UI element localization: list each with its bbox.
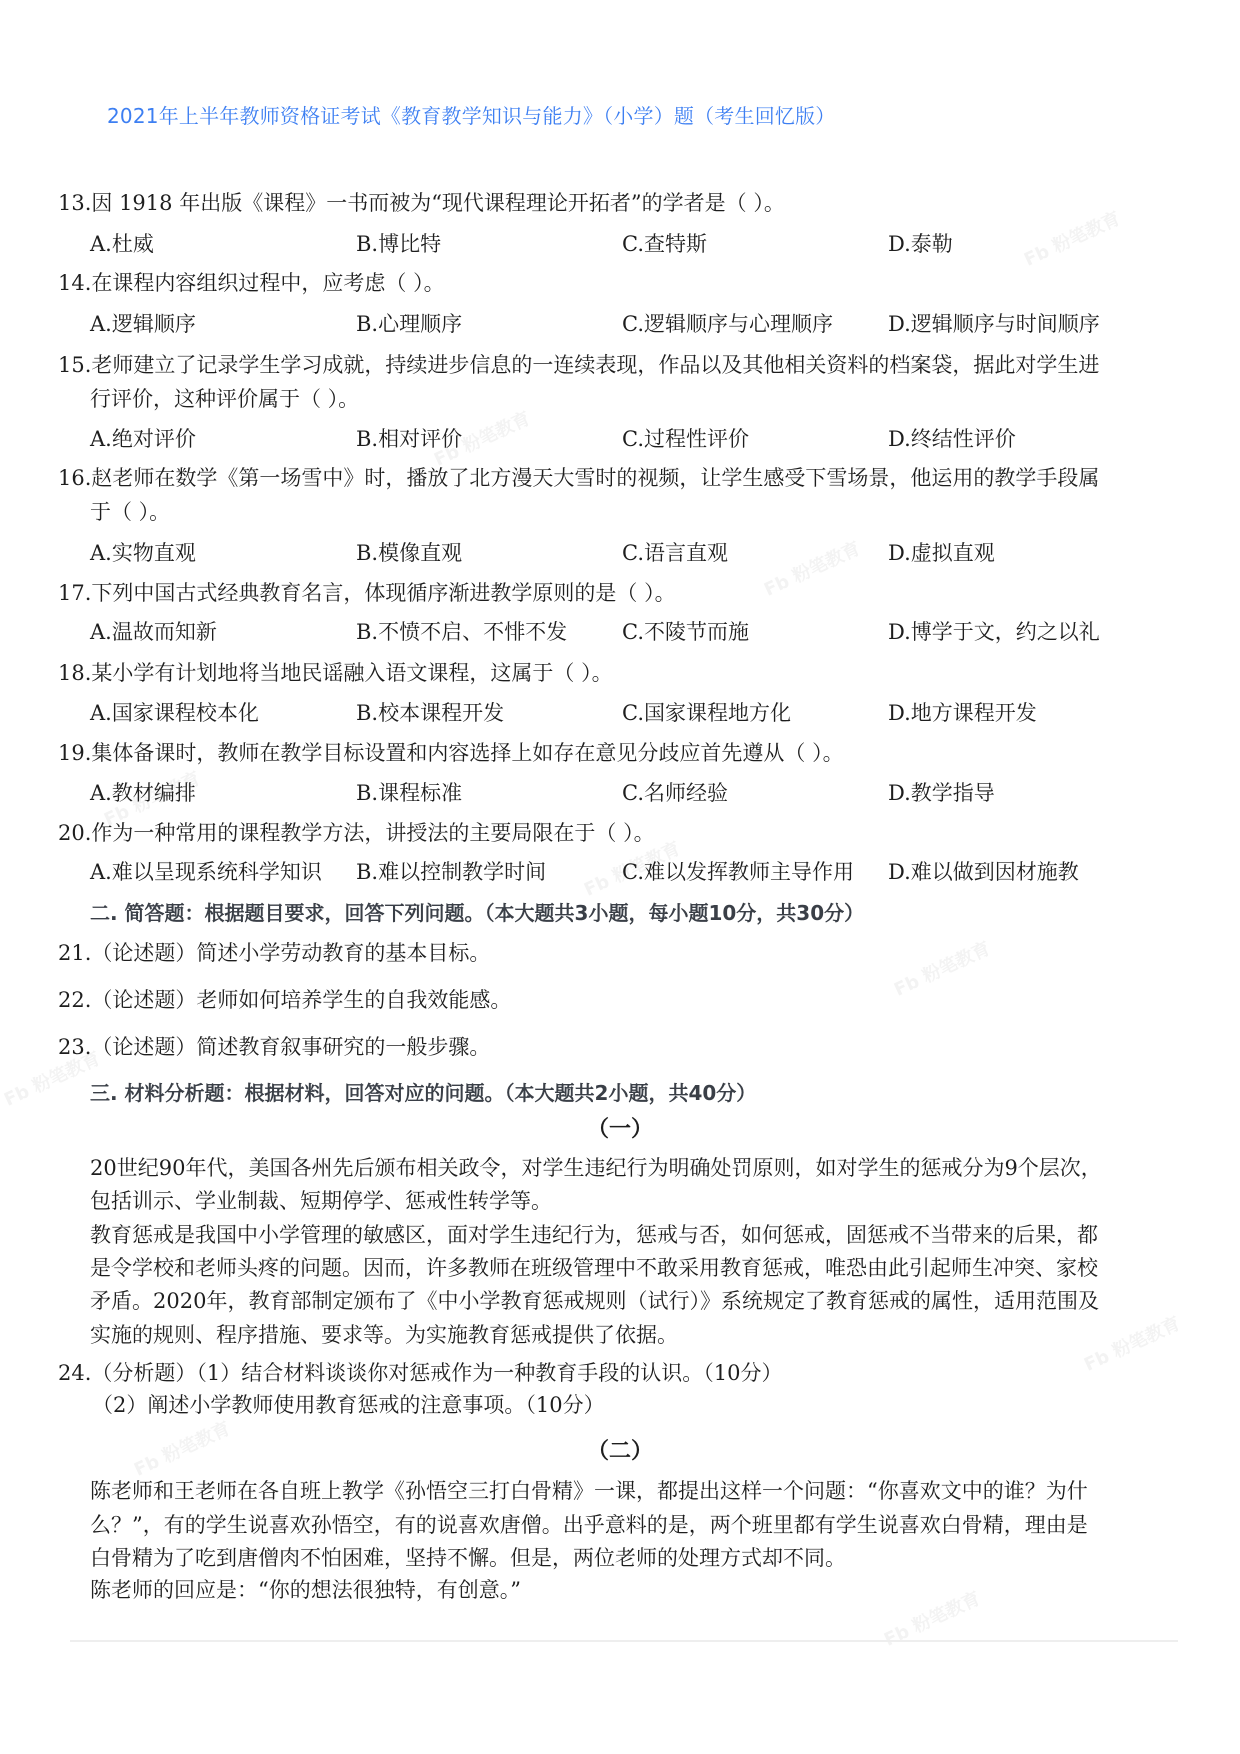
section-3-heading: 三. 材料分析题：根据材料，回答对应的问题。（本大题共2小题，共40分） xyxy=(90,1078,756,1108)
option-20-a: A.难以呈现系统科学知识 xyxy=(90,857,322,887)
option-15-d: D.终结性评价 xyxy=(888,424,1016,454)
option-13-b: B.博比特 xyxy=(356,229,441,259)
material-2-line: 白骨精为了吃到唐僧肉不怕困难，坚持不懈。但是，两位老师的处理方式却不同。 xyxy=(90,1543,846,1573)
option-19-a: A.教材编排 xyxy=(90,778,196,808)
question-20: 20.作为一种常用的课程教学方法，讲授法的主要局限在于（ ）。 xyxy=(58,818,655,848)
option-13-c: C.查特斯 xyxy=(622,229,707,259)
option-20-d: D.难以做到因材施教 xyxy=(888,857,1079,887)
option-13-d: D.泰勒 xyxy=(888,229,953,259)
material-1-line: 矛盾。2020年，教育部制定颁布了《中小学教育惩戒规则（试行）》系统规定了教育惩… xyxy=(90,1286,1099,1316)
material-2-line: 陈老师和王老师在各自班上教学《孙悟空三打白骨精》一课，都提出这样一个问题：“你喜… xyxy=(90,1476,1088,1506)
option-16-d: D.虚拟直观 xyxy=(888,538,995,568)
document-title: 2021年上半年教师资格证考试《教育教学知识与能力》（小学）题（考生回忆版） xyxy=(107,100,836,129)
question-24-part-2: （2）阐述小学教师使用教育惩戒的注意事项。（10分） xyxy=(92,1390,605,1420)
question-18: 18.某小学有计划地将当地民谣融入语文课程，这属于（ ）。 xyxy=(58,658,613,688)
question-23: 23.（论述题）简述教育叙事研究的一般步骤。 xyxy=(58,1032,490,1062)
option-17-c: C.不陵节而施 xyxy=(622,617,749,647)
option-17-a: A.温故而知新 xyxy=(90,617,217,647)
option-19-d: D.教学指导 xyxy=(888,778,995,808)
material-1-line: 教育惩戒是我国中小学管理的敏感区，面对学生违纪行为，惩戒与否，如何惩戒，固惩戒不… xyxy=(90,1220,1098,1250)
option-17-d: D.博学于文，约之以礼 xyxy=(888,617,1100,647)
option-14-a: A.逻辑顺序 xyxy=(90,309,196,339)
material-1-label: （一） xyxy=(0,1114,1240,1144)
question-15-continued: 行评价，这种评价属于（ ）。 xyxy=(90,384,359,414)
option-17-b: B.不愤不启、不悱不发 xyxy=(356,617,567,647)
option-20-c: C.难以发挥教师主导作用 xyxy=(622,857,854,887)
option-16-a: A.实物直观 xyxy=(90,538,196,568)
option-20-b: B.难以控制教学时间 xyxy=(356,857,546,887)
watermark: Fb 粉笔教育 xyxy=(1079,1309,1184,1376)
material-2-line: 么？”，有的学生说喜欢孙悟空，有的说喜欢唐僧。出乎意料的是，两个班里都有学生说喜… xyxy=(90,1510,1088,1540)
option-19-b: B.课程标准 xyxy=(356,778,462,808)
material-2-line: 陈老师的回应是：“你的想法很独特，有创意。” xyxy=(90,1575,521,1605)
page-divider xyxy=(70,1640,1178,1642)
question-22: 22.（论述题）老师如何培养学生的自我效能感。 xyxy=(58,985,511,1015)
option-15-a: A.绝对评价 xyxy=(90,424,196,454)
option-13-a: A.杜威 xyxy=(90,229,154,259)
option-14-b: B.心理顺序 xyxy=(356,309,462,339)
option-16-b: B.模像直观 xyxy=(356,538,462,568)
option-14-d: D.逻辑顺序与时间顺序 xyxy=(888,309,1100,339)
option-15-b: B.相对评价 xyxy=(356,424,462,454)
material-1-line: 20世纪90年代，美国各州先后颁布相关政令，对学生违纪行为明确处罚原则，如对学生… xyxy=(90,1153,1102,1183)
option-15-c: C.过程性评价 xyxy=(622,424,749,454)
watermark: Fb 粉笔教育 xyxy=(759,534,864,601)
question-13: 13.因 1918 年出版《课程》一书而被为“现代课程理论开拓者”的学者是（ ）… xyxy=(58,188,785,218)
question-17: 17.下列中国古式经典教育名言，体现循序渐进教学原则的是（ ）。 xyxy=(58,578,676,608)
question-21: 21.（论述题）简述小学劳动教育的基本目标。 xyxy=(58,938,490,968)
question-16-continued: 于（ ）。 xyxy=(90,497,170,527)
watermark: Fb 粉笔教育 xyxy=(889,934,994,1001)
option-16-c: C.语言直观 xyxy=(622,538,728,568)
material-1-line: 实施的规则、程序措施、要求等。为实施教育惩戒提供了依据。 xyxy=(90,1320,678,1350)
question-15: 15.老师建立了记录学生学习成就，持续进步信息的一连续表现，作品以及其他相关资料… xyxy=(58,350,1099,380)
section-2-heading: 二. 简答题：根据题目要求，回答下列问题。（本大题共3小题，每小题10分，共30… xyxy=(90,898,864,928)
question-16: 16.赵老师在数学《第一场雪中》时，播放了北方漫天大雪时的视频，让学生感受下雪场… xyxy=(58,463,1099,493)
question-24-part-1: 24.（分析题）（1）结合材料谈谈你对惩戒作为一种教育手段的认识。（10分） xyxy=(58,1358,782,1388)
option-18-b: B.校本课程开发 xyxy=(356,698,504,728)
question-19: 19.集体备课时，教师在教学目标设置和内容选择上如存在意见分歧应首先遵从（ ）。 xyxy=(58,738,844,768)
material-1-line: 包括训示、学业制裁、短期停学、惩戒性转学等。 xyxy=(90,1186,552,1216)
question-14: 14.在课程内容组织过程中，应考虑（ ）。 xyxy=(58,268,445,298)
option-14-c: C.逻辑顺序与心理顺序 xyxy=(622,309,833,339)
option-18-c: C.国家课程地方化 xyxy=(622,698,791,728)
option-19-c: C.名师经验 xyxy=(622,778,728,808)
material-2-label: （二） xyxy=(0,1436,1240,1466)
material-1-line: 是令学校和老师头疼的问题。因而，许多教师在班级管理中不敢采用教育惩戒，唯恐由此引… xyxy=(90,1253,1098,1283)
watermark: Fb 粉笔教育 xyxy=(1019,204,1124,271)
option-18-a: A.国家课程校本化 xyxy=(90,698,259,728)
option-18-d: D.地方课程开发 xyxy=(888,698,1037,728)
